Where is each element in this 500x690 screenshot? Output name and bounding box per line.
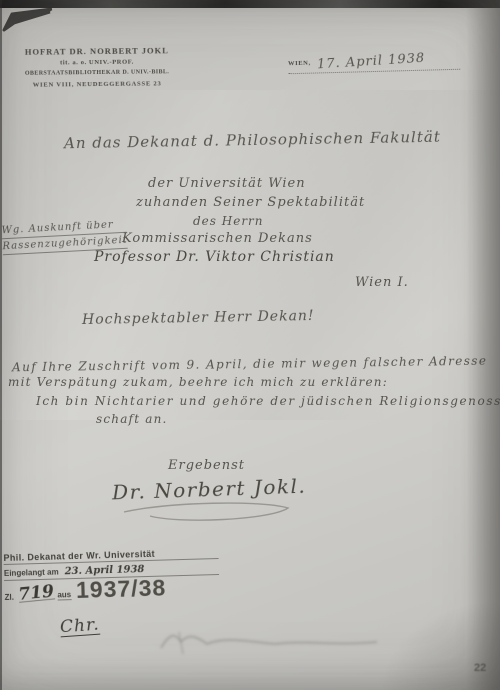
stamp-ref-label: Zl.: [4, 593, 14, 602]
letterhead: HOFRAT DR. NORBERT JOKL tit. a. o. UNIV.…: [13, 45, 181, 91]
scan-right-shade: [466, 0, 500, 690]
address-line: An das Dekanat d. Philosophischen Fakult…: [64, 130, 441, 152]
scan-top-edge: [0, 0, 500, 8]
scan-corner-shade: [380, 600, 500, 690]
document-scan: { "colors": { "paper": "#cac9c5", "print…: [0, 0, 500, 690]
letterhead-address: WIEN VIII, NEUDEGGERGASSE 23: [13, 78, 181, 91]
dateline-date-handwritten: 17. April 1938: [316, 51, 425, 73]
stamp-ref-year: 1937/38: [76, 577, 167, 600]
scan-left-edge: [0, 0, 2, 690]
address-line: Professor Dr. Viktor Christian: [94, 250, 335, 264]
dateline: WIEN,17. April 1938: [288, 50, 460, 74]
stamp-ref-separator: aus: [57, 590, 71, 600]
dateline-city-label: WIEN,: [288, 60, 311, 68]
body-line: mit Verspätung zukam, beehre ich mich zu…: [8, 375, 388, 389]
body-line: Ich bin Nichtarier und gehöre der jüdisc…: [36, 394, 500, 408]
stamp-received-label: Eingelangt am: [4, 567, 59, 578]
address-line: Wien I.: [355, 276, 409, 289]
page-number: 22: [474, 662, 486, 674]
body-line: schaft an.: [96, 412, 168, 426]
address-line: der Universität Wien: [148, 177, 306, 190]
signature-flourish: [120, 500, 300, 526]
valediction: Ergebenst: [168, 458, 245, 473]
faint-pencil-mark: [155, 628, 385, 660]
corner-fold-mark: [0, 3, 58, 39]
body-line: Auf Ihre Zuschrift vom 9. April, die mir…: [12, 354, 488, 375]
address-line: des Herrn: [193, 215, 264, 227]
salutation: Hochspektabler Herr Dekan!: [82, 308, 315, 328]
signature: Dr. Norbert Jokl.: [112, 474, 307, 505]
stamp-ref-number-handwritten: 719: [18, 584, 55, 602]
address-line: Kommissarischen Dekans: [122, 232, 313, 245]
received-stamp: Phil. Dekanat der Wr. Universität Eingel…: [3, 547, 219, 602]
address-line: zuhanden Seiner Spektabilität: [136, 196, 365, 209]
initials-annotation: Chr.: [59, 615, 100, 638]
